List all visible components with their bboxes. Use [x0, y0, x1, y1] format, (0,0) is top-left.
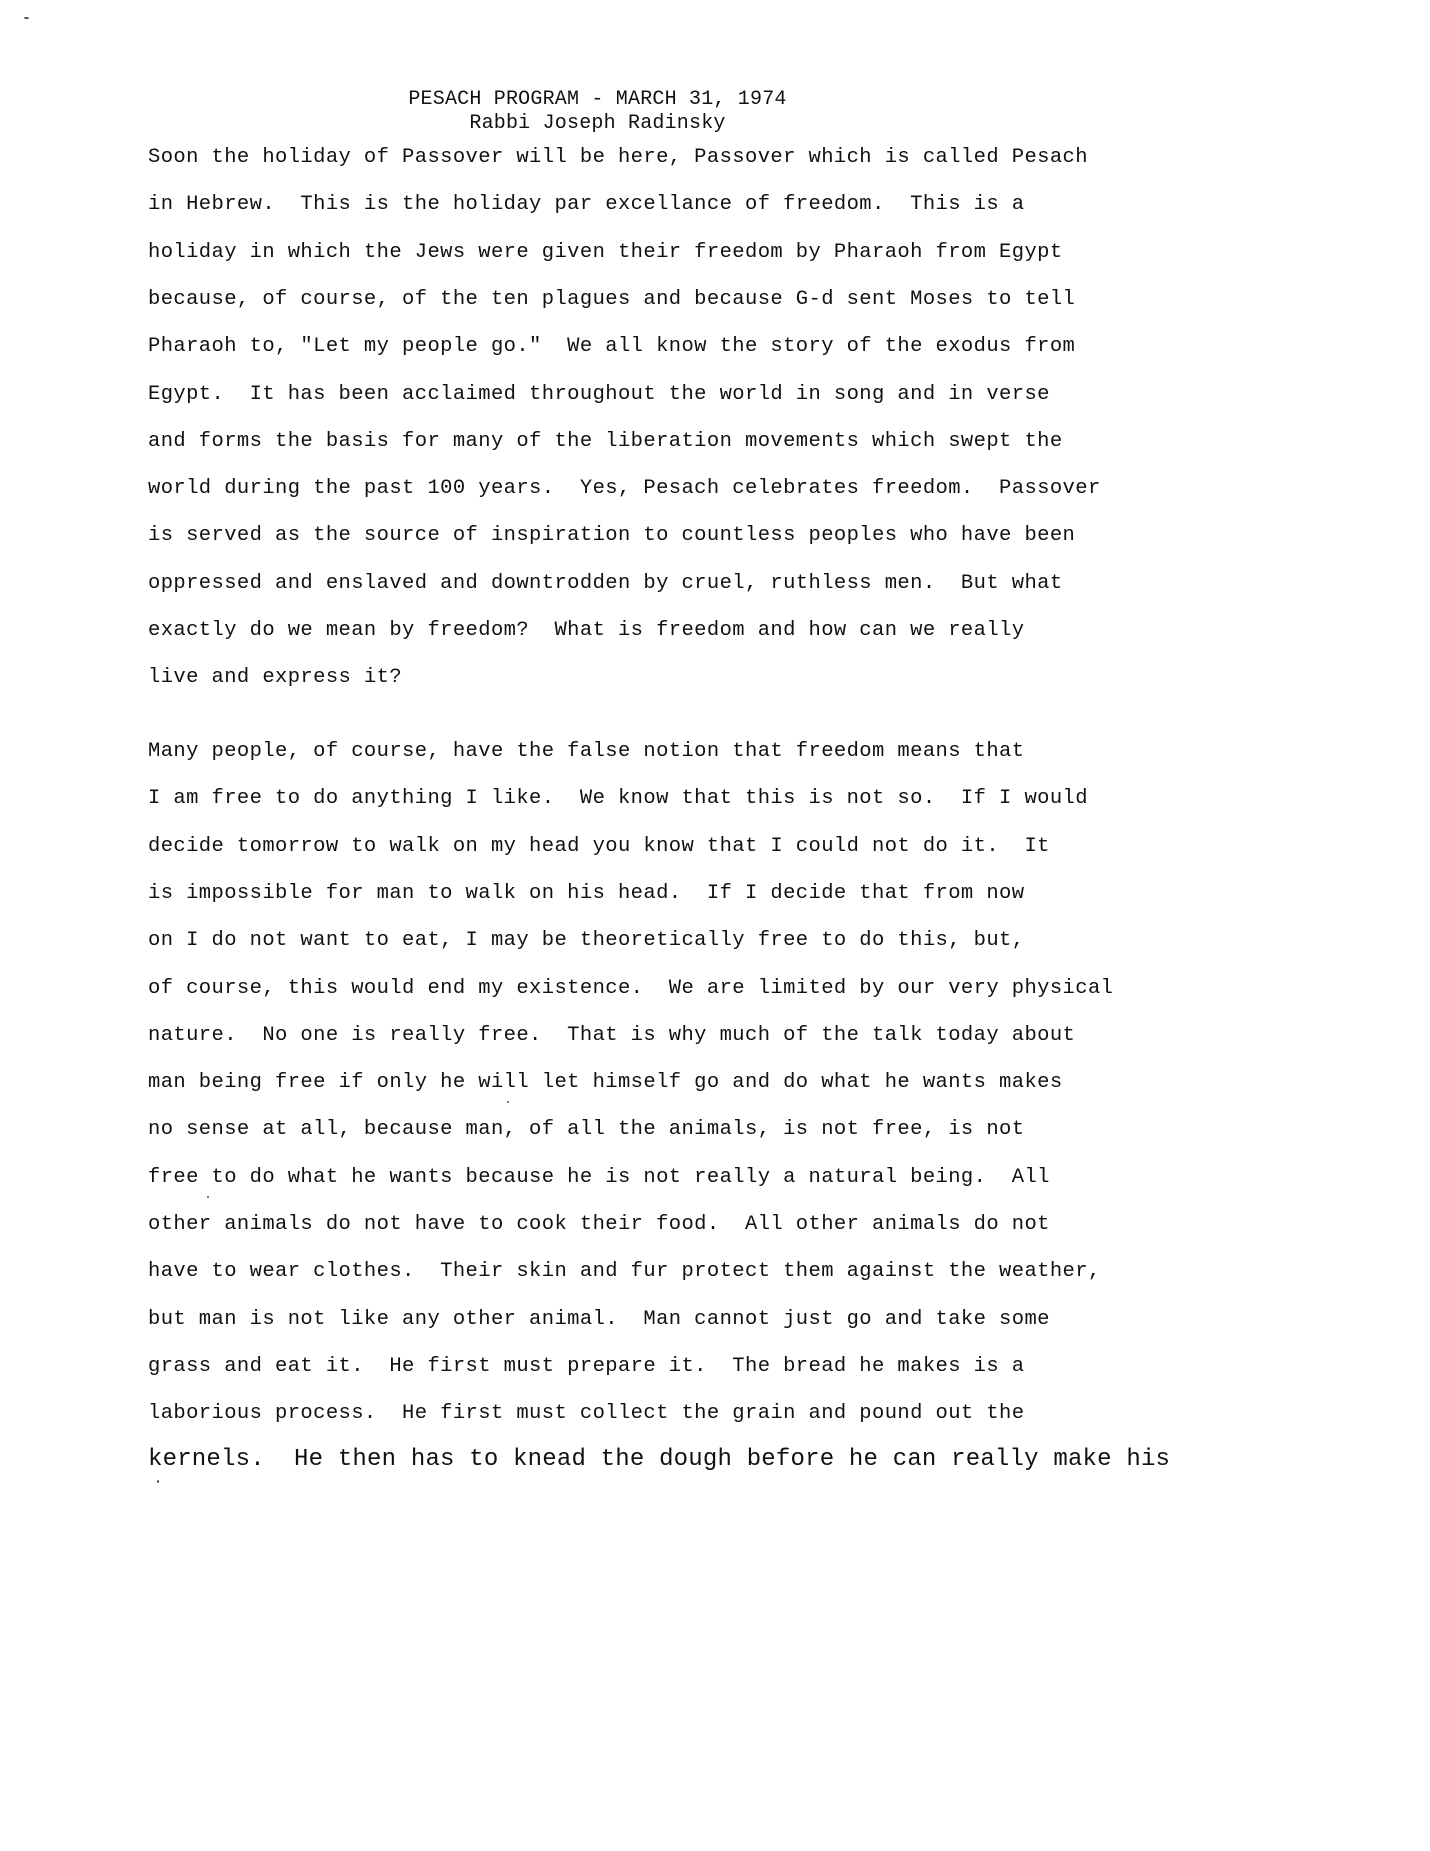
- body-line: in Hebrew. This is the holiday par excel…: [148, 193, 1024, 217]
- document-header: PESACH PROGRAM - MARCH 31, 1974 Rabbi Jo…: [0, 88, 1195, 136]
- body-line: world during the past 100 years. Yes, Pe…: [148, 477, 1101, 501]
- body-line: other animals do not have to cook their …: [148, 1213, 1050, 1237]
- body-line: of course, this would end my existence. …: [148, 977, 1113, 1001]
- body-line: decide tomorrow to walk on my head you k…: [148, 835, 1050, 859]
- body-line: no sense at all, because man, of all the…: [148, 1118, 1024, 1142]
- body-line: exactly do we mean by freedom? What is f…: [148, 619, 1024, 643]
- body-line: grass and eat it. He first must prepare …: [148, 1355, 1024, 1379]
- body-line: on I do not want to eat, I may be theore…: [148, 929, 1024, 953]
- body-line: kernels. He then has to knead the dough …: [148, 1448, 1170, 1472]
- scan-speck: [157, 1480, 159, 1483]
- body-line: nature. No one is really free. That is w…: [148, 1024, 1075, 1048]
- body-line: Many people, of course, have the false n…: [148, 740, 1024, 764]
- document-title: PESACH PROGRAM - MARCH 31, 1974: [0, 88, 1195, 112]
- body-line: free to do what he wants because he is n…: [148, 1166, 1050, 1190]
- body-line: and forms the basis for many of the libe…: [148, 430, 1063, 454]
- body-line: but man is not like any other animal. Ma…: [148, 1308, 1050, 1332]
- body-line: is impossible for man to walk on his hea…: [148, 882, 1024, 906]
- body-line: laborious process. He first must collect…: [148, 1402, 1024, 1426]
- body-line: is served as the source of inspiration t…: [148, 524, 1075, 548]
- body-line: man being free if only he will let himse…: [148, 1071, 1063, 1095]
- scan-speck: [507, 1101, 509, 1103]
- document-page: PESACH PROGRAM - MARCH 31, 1974 Rabbi Jo…: [0, 0, 1430, 1851]
- body-line: because, of course, of the ten plagues a…: [148, 288, 1075, 312]
- body-line: Egypt. It has been acclaimed throughout …: [148, 383, 1050, 407]
- document-author: Rabbi Joseph Radinsky: [0, 112, 1195, 136]
- body-line: I am free to do anything I like. We know…: [148, 787, 1088, 811]
- scan-speck: [24, 17, 29, 19]
- body-line: live and express it?: [148, 666, 402, 690]
- body-line: Pharaoh to, "Let my people go." We all k…: [148, 335, 1075, 359]
- scan-speck: [207, 1196, 209, 1198]
- body-line: have to wear clothes. Their skin and fur…: [148, 1260, 1101, 1284]
- body-line: oppressed and enslaved and downtrodden b…: [148, 572, 1063, 596]
- body-line: Soon the holiday of Passover will be her…: [148, 146, 1088, 170]
- body-line: holiday in which the Jews were given the…: [148, 241, 1063, 265]
